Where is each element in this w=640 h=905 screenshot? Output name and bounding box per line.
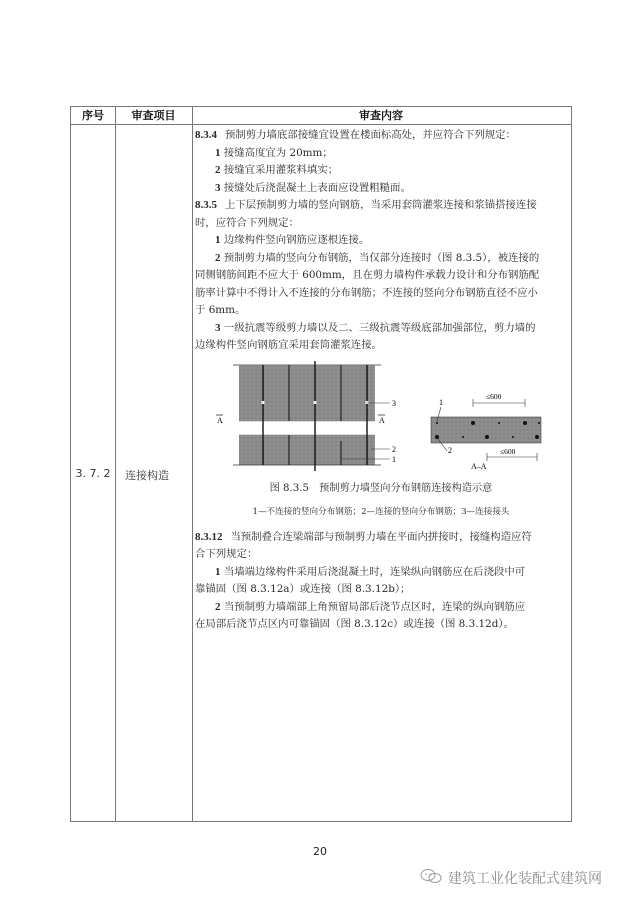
- clause-text: 预制剪力墙底部接缝宜设置在楼面标高处，并应符合下列规定：: [225, 129, 516, 141]
- header-divider: [71, 124, 571, 125]
- dimension-bottom: ≤600: [500, 447, 516, 456]
- item-text: 当预制剪力墙端部上角预留局部后浇节点区时，连梁的纵向钢筋应: [224, 601, 525, 613]
- clause-text: 当预制叠合连梁端部与预制剪力墙在平面内拼接时，接缝构造应符: [231, 531, 532, 543]
- item-text: 接缝处后浇混凝土上表面应设置粗糙面。: [224, 182, 411, 194]
- rebar-connection-diagram: 3 2 1 A A: [195, 361, 567, 471]
- item-number: 1: [215, 234, 221, 246]
- section-title: A–A: [471, 462, 487, 471]
- clause-text: 上下层预制剪力墙的竖向钢筋，当采用套筒灌浆连接和浆锚搭接连接: [225, 199, 537, 211]
- review-content: 8.3.4预制剪力墙底部接缝宜设置在楼面标高处，并应符合下列规定： 1 接缝高度…: [195, 127, 567, 634]
- section-mark-left: A: [217, 416, 223, 425]
- item-number: 2: [215, 164, 221, 176]
- page-number: 20: [0, 845, 640, 858]
- label-2: 2: [392, 445, 396, 454]
- header-number: 序号: [71, 107, 115, 124]
- figure-legend: 1—不连接的竖向分布钢筋；2—连接的竖向分布钢筋；3—连接接头: [195, 506, 567, 519]
- section-label-1: 1: [439, 398, 443, 407]
- clause-number: 8.3.5: [195, 199, 217, 211]
- item-text: 同侧钢筋间距不应大于 600mm，且在剪力墙构件承载力设计和分布钢筋配: [195, 267, 567, 285]
- item-text: 在局部后浇节点区内可靠锚固（图 8.3.12c）或连接（图 8.3.12d）。: [195, 616, 567, 634]
- label-3: 3: [392, 399, 396, 408]
- item-number: 1: [215, 566, 221, 578]
- item-text: 当墙端边缘构件采用后浇混凝土时，连梁纵向钢筋应在后浇段中可: [224, 566, 525, 578]
- dimension-top: ≤600: [486, 392, 502, 401]
- watermark: 建筑工业化装配式建筑网: [420, 868, 602, 888]
- item-text: 接缝高度宜为 20mm；: [224, 147, 333, 159]
- item-text: 靠锚固（图 8.3.12a）或连接（图 8.3.12b）；: [195, 581, 567, 599]
- wechat-icon: [420, 868, 442, 888]
- clause-8-3-4: 8.3.4预制剪力墙底部接缝宜设置在楼面标高处，并应符合下列规定：: [195, 127, 567, 145]
- clause-text: 时，应符合下列规定：: [195, 215, 567, 233]
- figure-caption: 图 8.3.5 预制剪力墙竖向分布钢筋连接构造示意: [195, 481, 567, 496]
- item-text: 边缘构件竖向钢筋宜采用套筒灌浆连接。: [195, 337, 567, 355]
- label-1: 1: [392, 455, 396, 464]
- item-text: 接缝宜采用灌浆料填实；: [224, 164, 338, 176]
- header-review-content: 审查内容: [192, 107, 570, 124]
- row-item: 连接构造: [125, 467, 169, 483]
- clause-number: 8.3.4: [195, 129, 217, 141]
- column-divider: [115, 107, 116, 821]
- header-review-item: 审查项目: [115, 107, 192, 124]
- watermark-text: 建筑工业化装配式建筑网: [448, 868, 602, 888]
- item-number: 3: [215, 322, 221, 334]
- list-item: 3 一级抗震等级剪力墙以及二、三级抗震等级底部加强部位，剪力墙的: [195, 320, 567, 338]
- item-text: 于 6mm。: [195, 302, 567, 320]
- list-item: 1 边缘构件竖向钢筋应逐根连接。: [195, 232, 567, 250]
- item-text: 边缘构件竖向钢筋应逐根连接。: [224, 234, 369, 246]
- item-number: 2: [215, 601, 221, 613]
- list-item: 1 接缝高度宜为 20mm；: [195, 145, 567, 163]
- column-divider: [192, 107, 193, 821]
- section-label-2: 2: [448, 446, 452, 455]
- clause-8-3-5: 8.3.5上下层预制剪力墙的竖向钢筋，当采用套筒灌浆连接和浆锚搭接连接: [195, 197, 567, 215]
- section-mark-right: A: [379, 416, 385, 425]
- item-number: 1: [215, 147, 221, 159]
- row-number: 3. 7. 2: [71, 467, 115, 480]
- review-table: 序号 审查项目 审查内容 3. 7. 2 连接构造 8.3.4预制剪力墙底部接缝…: [70, 106, 572, 822]
- item-text: 预制剪力墙的竖向分布钢筋，当仅部分连接时（图 8.3.5），被连接的: [224, 252, 539, 264]
- item-text: 一级抗震等级剪力墙以及二、三级抗震等级底部加强部位，剪力墙的: [224, 322, 536, 334]
- list-item: 2 当预制剪力墙端部上角预留局部后浇节点区时，连梁的纵向钢筋应: [195, 599, 567, 617]
- clause-text: 合下列规定：: [195, 546, 567, 564]
- figure-8-3-5: 3 2 1 A A: [195, 361, 567, 471]
- item-text: 筋率计算中不得计入不连接的分布钢筋；不连接的竖向分布钢筋直径不应小: [195, 285, 567, 303]
- list-item: 3 接缝处后浇混凝土上表面应设置粗糙面。: [195, 180, 567, 198]
- clause-number: 8.3.12: [195, 531, 223, 543]
- clause-8-3-12: 8.3.12当预制叠合连梁端部与预制剪力墙在平面内拼接时，接缝构造应符: [195, 529, 567, 547]
- item-number: 2: [215, 252, 221, 264]
- list-item: 1 当墙端边缘构件采用后浇混凝土时，连梁纵向钢筋应在后浇段中可: [195, 564, 567, 582]
- list-item: 2 接缝宜采用灌浆料填实；: [195, 162, 567, 180]
- item-number: 3: [215, 182, 221, 194]
- list-item: 2 预制剪力墙的竖向分布钢筋，当仅部分连接时（图 8.3.5），被连接的: [195, 250, 567, 268]
